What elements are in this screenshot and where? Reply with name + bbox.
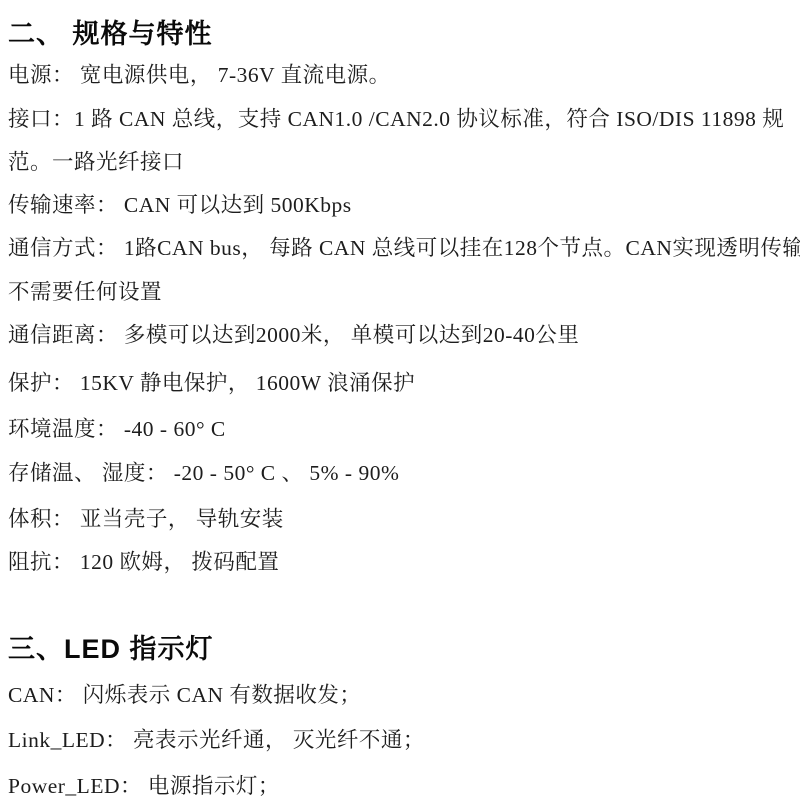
document-page: { "page": { "background": "#ffffff", "te… [0, 0, 800, 800]
section-heading-specs: 二、 规格与特性 [8, 12, 213, 51]
spec-line-comm-mode-2: 不需要任何设置 [8, 275, 162, 306]
spec-line-storage-temp-humidity: 存储温、 湿度： -20 - 50° C 、 5% - 90% [8, 456, 399, 487]
spec-line-protection: 保护： 15KV 静电保护， 1600W 浪涌保护 [8, 366, 415, 397]
spec-line-baud-rate: 传输速率： CAN 可以达到 500Kbps [8, 188, 352, 219]
spec-line-comm-distance: 通信距离： 多模可以达到2000米， 单模可以达到20-40公里 [8, 318, 579, 349]
spec-line-interface-2: 范。一路光纤接口 [8, 145, 184, 176]
spec-line-enclosure: 体积： 亚当壳子， 导轨安装 [8, 502, 284, 533]
led-line-link: Link_LED： 亮表示光纤通， 灭光纤不通； [8, 723, 425, 754]
spec-line-operating-temp: 环境温度： -40 - 60° C [8, 412, 226, 443]
spec-line-comm-mode-1: 通信方式： 1路CAN bus， 每路 CAN 总线可以挂在128个节点。CAN… [8, 231, 800, 262]
spec-line-impedance: 阻抗： 120 欧姆， 拨码配置 [8, 545, 279, 576]
led-line-power: Power_LED： 电源指示灯； [8, 769, 280, 800]
spec-line-power: 电源： 宽电源供电， 7-36V 直流电源。 [8, 58, 391, 89]
led-line-can: CAN： 闪烁表示 CAN 有数据收发； [8, 678, 361, 709]
section-heading-led: 三、LED 指示灯 [8, 627, 214, 666]
spec-line-interface-1: 接口：1 路 CAN 总线，支持 CAN1.0 /CAN2.0 协议标准，符合 … [8, 102, 784, 133]
